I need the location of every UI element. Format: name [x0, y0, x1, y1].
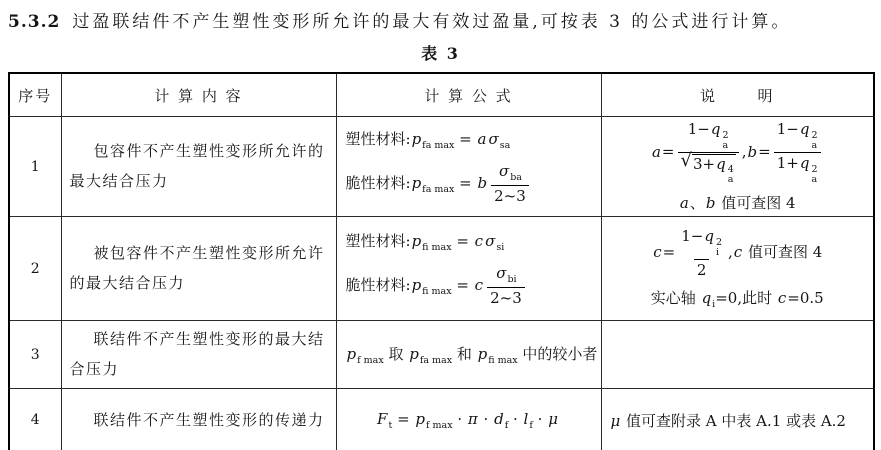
- formula-line: 实心轴 qi=0,此时 c=0.5: [603, 287, 873, 310]
- content-cell: 联结件不产生塑性变形的传递力: [61, 389, 336, 450]
- text-line: 的最大结合压力: [70, 269, 332, 298]
- sup-sub-stack: 2a: [811, 165, 817, 185]
- fraction: 1−q2a√3+q4a: [678, 120, 739, 185]
- radical: √3+q4a: [681, 154, 736, 186]
- fraction: 1−q2a1+q2a: [774, 120, 821, 184]
- text-line: 联结件不产生塑性变形的传递力: [70, 406, 332, 435]
- formula-cell: 塑性材料:pfi max = cσsi脆性材料:pfi max = cσbi2~…: [336, 217, 601, 321]
- clause-number: 5.3.2: [8, 12, 60, 32]
- content-cell: 联结件不产生塑性变形的最大结合压力: [61, 321, 336, 389]
- row-number-cell: 2: [9, 217, 61, 321]
- table-row-4: 4 联结件不产生塑性变形的传递力 Ft = pf max · π · df · …: [9, 389, 874, 450]
- note-cell: [601, 321, 874, 389]
- formula-line: c=1−q2i2,c 值可查图 4: [603, 227, 873, 279]
- header-formula: 计 算 公 式: [336, 73, 601, 117]
- formula-line: Ft = pf max · π · df · lf · μ: [337, 410, 599, 431]
- text-line: 被包容件不产生塑性变形所允许: [70, 239, 332, 268]
- text-line: 包容件不产生塑性变形所允许的: [70, 137, 332, 166]
- note-cell: μ 值可查附录 A 中表 A.1 或表 A.2: [601, 389, 874, 450]
- table-3: 序号 计 算 内 容 计 算 公 式 说 明 1 包容件不产生塑性变形所允许的最…: [8, 72, 875, 450]
- formula-line: pf max 取 pfa max 和 pfi max 中的较小者: [346, 343, 599, 366]
- document-page: 5.3.2过盈联结件不产生塑性变形所允许的最大有效过盈量,可按表 3 的公式进行…: [0, 7, 881, 450]
- clause-text: 过盈联结件不产生塑性变形所允许的最大有效过盈量,可按表 3 的公式进行计算。: [72, 12, 791, 32]
- table-header-row: 序号 计 算 内 容 计 算 公 式 说 明: [9, 73, 874, 117]
- header-no: 序号: [9, 73, 61, 117]
- header-content: 计 算 内 容: [61, 73, 336, 117]
- header-note: 说 明: [601, 73, 874, 117]
- row-number-cell: 4: [9, 389, 61, 450]
- formula-cell: pf max 取 pfa max 和 pfi max 中的较小者: [336, 321, 601, 389]
- formula-line: 脆性材料:pfa max = bσba2~3: [346, 162, 599, 206]
- sup-sub-stack: 4a: [728, 165, 734, 185]
- content-cell: 包容件不产生塑性变形所允许的最大结合压力: [61, 117, 336, 217]
- note-cell: a=1−q2a√3+q4a,b=1−q2a1+q2aa、b 值可查图 4: [601, 117, 874, 217]
- table-row-2: 2 被包容件不产生塑性变形所允许的最大结合压力 塑性材料:pfi max = c…: [9, 217, 874, 321]
- text-line: 合压力: [70, 355, 332, 384]
- fraction: σba2~3: [491, 162, 529, 206]
- formula-line: a、b 值可查图 4: [603, 192, 873, 213]
- table-row-1: 1 包容件不产生塑性变形所允许的最大结合压力 塑性材料:pfa max = aσ…: [9, 117, 874, 217]
- sup-sub-stack: 2a: [722, 131, 728, 151]
- formula-line: μ 值可查附录 A 中表 A.1 或表 A.2: [610, 410, 873, 431]
- fraction: σbi2~3: [487, 264, 525, 308]
- formula-line: 脆性材料:pfi max = cσbi2~3: [346, 264, 599, 308]
- text-line: 最大结合压力: [70, 167, 332, 196]
- content-cell: 被包容件不产生塑性变形所允许的最大结合压力: [61, 217, 336, 321]
- table-caption: 表 3: [0, 41, 881, 64]
- note-cell: c=1−q2i2,c 值可查图 4实心轴 qi=0,此时 c=0.5: [601, 217, 874, 321]
- text-line: 联结件不产生塑性变形的最大结: [70, 325, 332, 354]
- clause-paragraph: 5.3.2过盈联结件不产生塑性变形所允许的最大有效过盈量,可按表 3 的公式进行…: [8, 7, 875, 32]
- formula-line: 塑性材料:pfa max = aσsa: [346, 128, 599, 151]
- sup-sub-stack: 2a: [811, 131, 817, 151]
- formula-line: a=1−q2a√3+q4a,b=1−q2a1+q2a: [603, 120, 873, 185]
- formula-cell: Ft = pf max · π · df · lf · μ: [336, 389, 601, 450]
- formula-line: 塑性材料:pfi max = cσsi: [346, 230, 599, 253]
- table-row-3: 3 联结件不产生塑性变形的最大结合压力 pf max 取 pfa max 和 p…: [9, 321, 874, 389]
- fraction: 1−q2i2: [678, 227, 725, 279]
- row-number-cell: 3: [9, 321, 61, 389]
- sup-sub-stack: 2i: [716, 238, 722, 258]
- row-number-cell: 1: [9, 117, 61, 217]
- formula-cell: 塑性材料:pfa max = aσsa脆性材料:pfa max = bσba2~…: [336, 117, 601, 217]
